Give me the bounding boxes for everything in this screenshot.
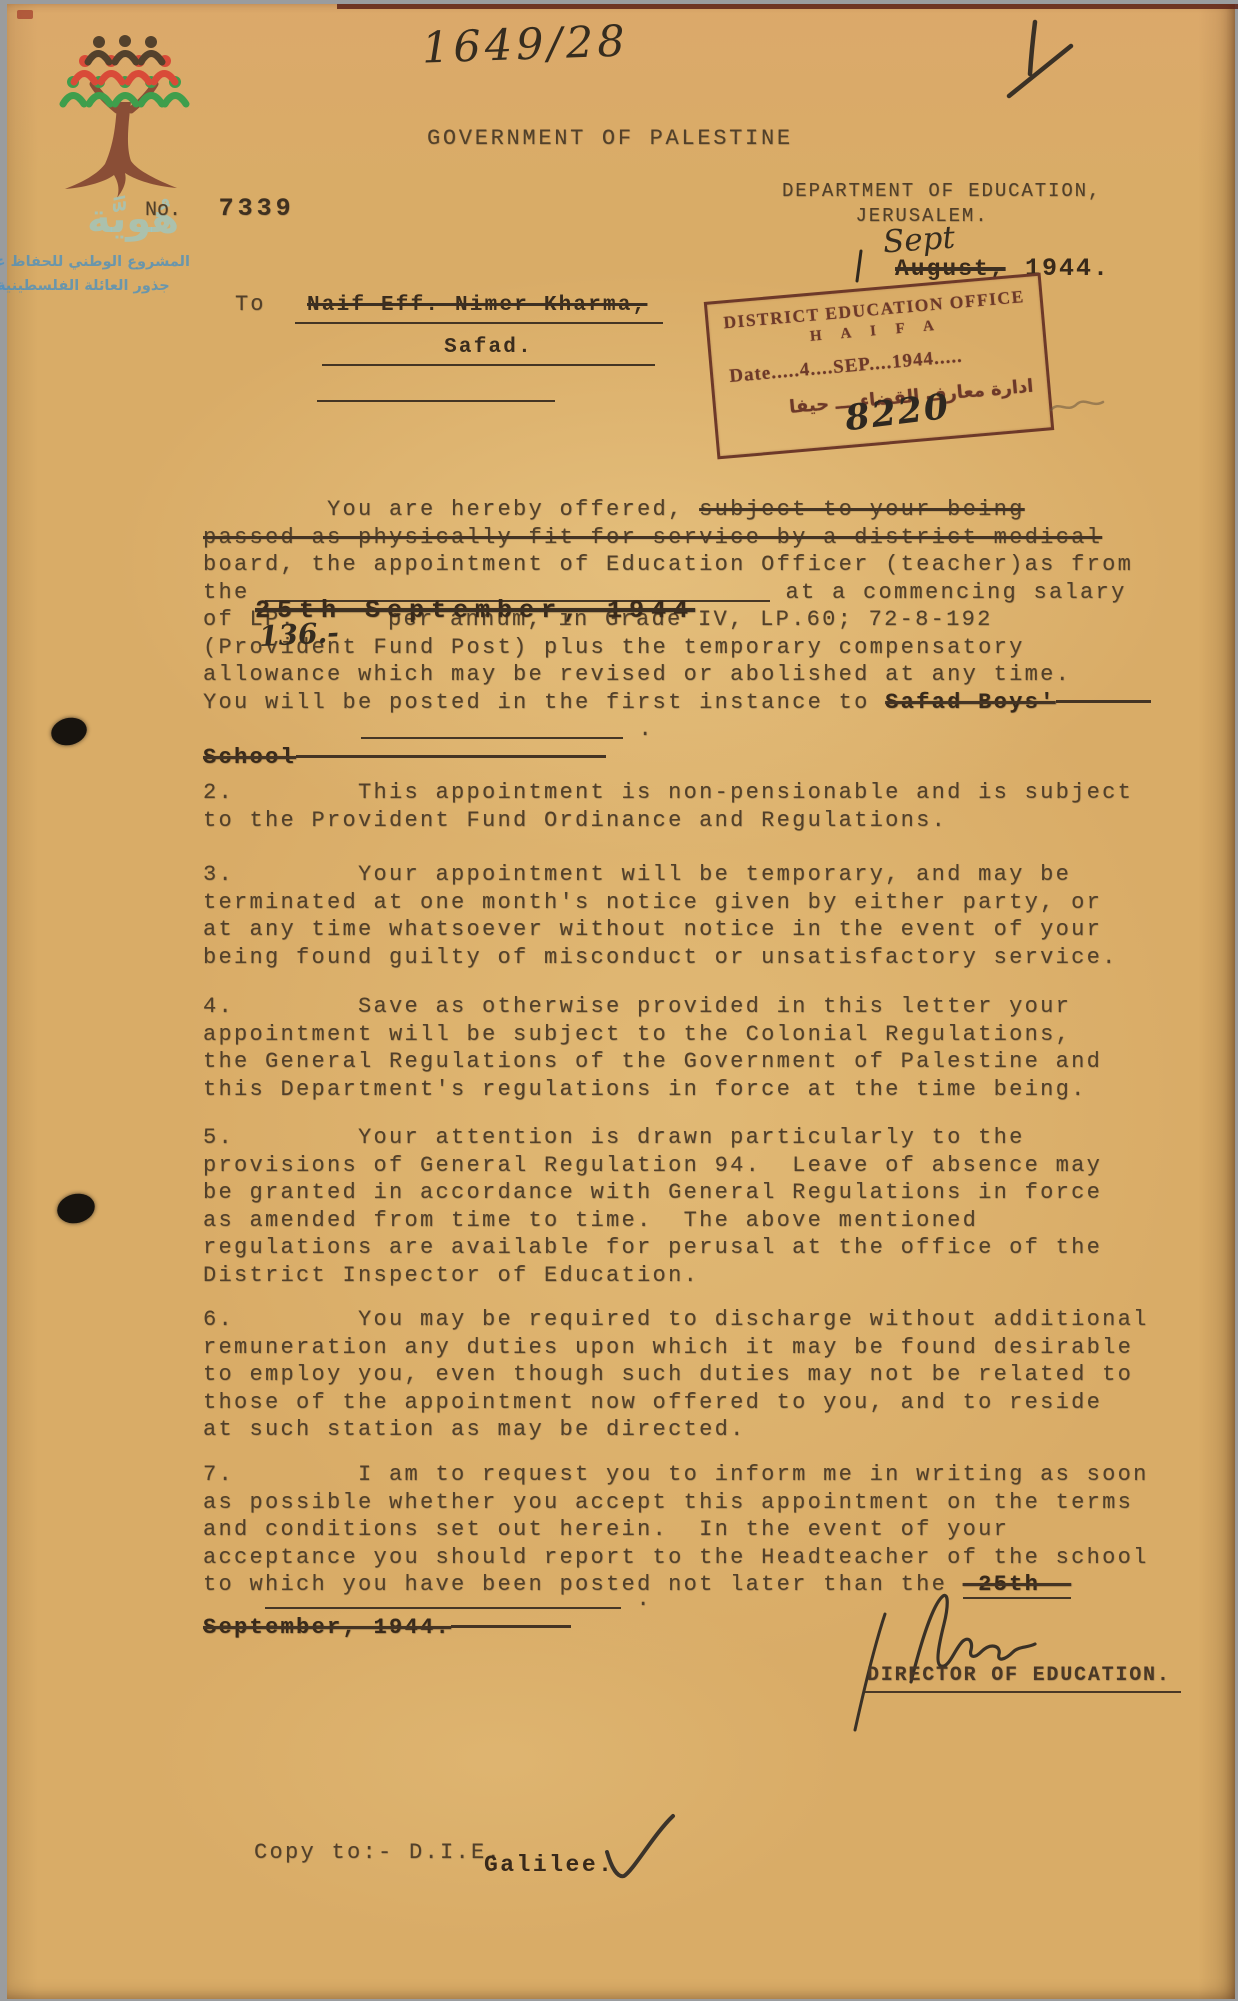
paragraph-line: provisions of General Regulation 94. Lea… [203,1152,1102,1180]
paragraph-line: September, 1944. [203,1614,652,1642]
paragraph-line: . [203,1586,652,1614]
signature-scribble-icon [839,1584,1069,1734]
paragraph-line: 7. I am to request you to inform me in w… [203,1461,1149,1489]
paragraph-line: 6. You may be required to discharge with… [203,1306,1149,1334]
paragraph-line: as possible whether you accept this appo… [203,1489,1149,1517]
paragraph: 4. Save as otherwise provided in this le… [203,993,1102,1103]
copy-to-label: Copy to:- D.I.E. [254,1840,502,1865]
paragraph: 2. This appointment is non-pensionable a… [203,779,1133,834]
paragraph: 5. Your attention is drawn particularly … [203,1124,1102,1289]
paragraph-line: this Department's regulations in force a… [203,1076,1102,1104]
paragraph-line: at such station as may be directed. [203,1416,1149,1444]
paragraph: 6. You may be required to discharge with… [203,1306,1149,1444]
paragraph-line: You are hereby offered, subject to your … [203,496,1151,524]
paragraph-line: regulations are available for perusal at… [203,1234,1102,1262]
paragraph-line: board, the appointment of Education Offi… [203,551,1151,579]
paragraph-line: as amended from time to time. The above … [203,1207,1102,1235]
copy-destination: Galilee. [484,1852,614,1878]
paragraph: 3. Your appointment will be temporary, a… [203,861,1118,971]
paragraph: 7. I am to request you to inform me in w… [203,1461,1149,1599]
paragraph-line: to the Provident Fund Ordinance and Regu… [203,807,1133,835]
paragraph-line: School [203,744,1151,772]
paragraph-line: 2. This appointment is non-pensionable a… [203,779,1133,807]
signature-title: DIRECTOR OF EDUCATION. [865,1664,1181,1693]
paper: هُويَّة المشروع الوطني للحفاظ على جذور ا… [7,4,1235,1999]
paragraph-line: District Inspector of Education. [203,1262,1102,1290]
paragraph: You are hereby offered, subject to your … [203,496,1151,771]
paragraph-line: 5. Your attention is drawn particularly … [203,1124,1102,1152]
paragraph-line: appointment will be subject to the Colon… [203,1021,1102,1049]
paragraph-line: allowance which may be revised or abolis… [203,661,1151,689]
paragraph-line: at any time whatsoever without notice in… [203,916,1118,944]
paragraph-line: . [203,716,1151,744]
handwritten-amount: 136.- [258,616,339,653]
paragraph-line: be granted in accordance with General Re… [203,1179,1102,1207]
paragraph-line: passed as physically fit for service by … [203,524,1151,552]
paragraph-line: 3. Your appointment will be temporary, a… [203,861,1118,889]
paragraph-line: to employ you, even though such duties m… [203,1361,1149,1389]
paragraph-line: and conditions set out herein. In the ev… [203,1516,1149,1544]
paragraph-line: acceptance you should report to the Head… [203,1544,1149,1572]
paragraph: .September, 1944. [203,1586,652,1641]
paragraph-line: terminated at one month's notice given b… [203,889,1118,917]
paragraph-line: the General Regulations of the Governmen… [203,1048,1102,1076]
paragraph-line: being found guilty of misconduct or unsa… [203,944,1118,972]
paragraph-line: You will be posted in the first instance… [203,689,1151,717]
paragraph-line: (Provident Fund Post) plus the temporary… [203,634,1151,662]
scanned-letter-page: هُويَّة المشروع الوطني للحفاظ على جذور ا… [0,0,1238,2001]
checkmark-icon [599,1810,681,1888]
paragraph-line: remuneration any duties upon which it ma… [203,1334,1149,1362]
paragraph-line: 4. Save as otherwise provided in this le… [203,993,1102,1021]
paragraph-line: those of the appointment now offered to … [203,1389,1149,1417]
